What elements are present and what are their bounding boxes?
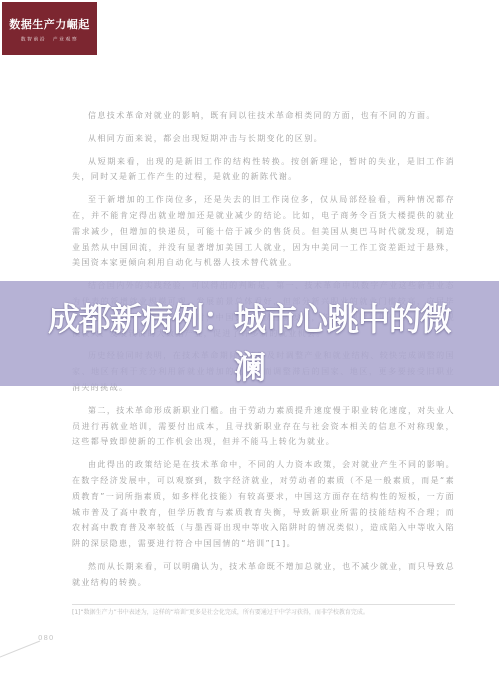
book-page: 数据生产力崛起 数智前沿 产业观察 信息技术革命对就业的影响，既有同以往技术革命… xyxy=(0,0,499,678)
body-paragraph: 然而从长期来看，可以明确认为，技术革命既不增加总就业，也不减少就业，而只导致总就… xyxy=(72,559,455,591)
corner-diagonal-line xyxy=(0,638,42,658)
headline-line1: 成都新病例：城市心跳中的微 xyxy=(0,295,499,343)
footnote-divider xyxy=(72,604,455,605)
brand-badge-subtitle: 数智前沿 产业观察 xyxy=(12,35,88,42)
body-paragraph: 至于新增加的工作岗位多，还是失去的旧工作岗位多，仅从局部经验看，两种情况都存在，… xyxy=(72,192,455,271)
body-paragraph: 从短期来看，出现的是新旧工作的结构性转换。按创新理论，暂时的失业，是旧工作消失，… xyxy=(72,154,455,186)
footnote-text: [1]“数据生产力”书中表述为，这样的“培训”更多是社会化完成，所有要通过干中学… xyxy=(72,609,455,617)
brand-badge: 数据生产力崛起 数智前沿 产业观察 xyxy=(2,2,97,55)
body-paragraph: 从相同方面来说，都会出现短期冲击与长期变化的区别。 xyxy=(72,131,455,147)
headline-band: 成都新病例：城市心跳中的微 澜 xyxy=(0,281,499,386)
page-number: 080 xyxy=(38,634,54,642)
brand-badge-title: 数据生产力崛起 xyxy=(2,18,97,31)
body-paragraph: 信息技术革命对就业的影响，既有同以往技术革命相类同的方面，也有不同的方面。 xyxy=(72,108,455,124)
body-paragraph: 第二，技术革命形成新职业门槛。由于劳动力素质提升速度慢于职业转化速度，对失业人员… xyxy=(72,403,455,450)
headline-line2: 澜 xyxy=(0,343,499,391)
body-paragraph: 由此得出的政策结论是在技术革命中，不同的人力资本政策，会对就业产生不同的影响。在… xyxy=(72,457,455,552)
